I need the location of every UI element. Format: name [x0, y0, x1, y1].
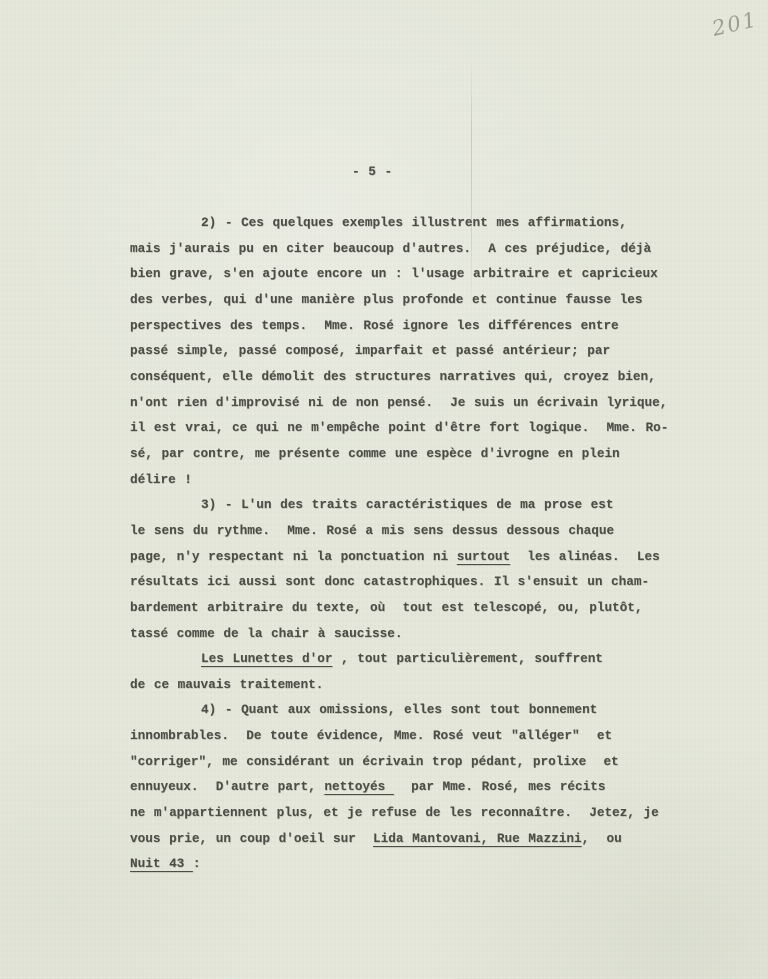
text-segment: ne m'appartiennent plus, et je refuse de… [130, 805, 659, 820]
text-line: délire ! [130, 467, 690, 493]
text-line: résultats ici aussi sont donc catastroph… [130, 569, 690, 595]
text-line: bardement arbitraire du texte, où tout e… [130, 595, 690, 621]
text-line: n'ont rien d'improvisé ni de non pensé. … [130, 390, 690, 416]
text-line: "corriger", me considérant un écrivain t… [130, 749, 690, 775]
text-segment: délire ! [130, 472, 192, 487]
underlined-text: Lida Mantovani, Rue Mazzini [373, 831, 582, 846]
text-segment: perspectives des temps. Mme. Rosé ignore… [130, 318, 619, 333]
text-line: le sens du rythme. Mme. Rosé a mis sens … [130, 518, 690, 544]
underlined-text: Nuit 43 [130, 856, 193, 871]
text-line: ennuyeux. D'autre part, nettoyés par Mme… [130, 774, 690, 800]
text-segment: par Mme. Rosé, mes récits [394, 779, 606, 794]
underlined-text: Les Lunettes d'or [201, 651, 332, 666]
text-line: page, n'y respectant ni la ponctuation n… [130, 544, 690, 570]
text-line: passé simple, passé composé, imparfait e… [130, 338, 690, 364]
text-segment: 4) - Quant aux omissions, elles sont tou… [201, 702, 597, 717]
text-line: ne m'appartiennent plus, et je refuse de… [130, 800, 690, 826]
text-segment: il est vrai, ce qui ne m'empêche point d… [130, 420, 668, 435]
text-segment: conséquent, elle démolit des structures … [130, 369, 656, 384]
typewritten-text-block: 2) - Ces quelques exemples illustrent me… [130, 210, 690, 877]
text-segment: des verbes, qui d'une manière plus profo… [130, 292, 643, 307]
text-segment: page, n'y respectant ni la ponctuation n… [130, 549, 457, 564]
text-line: de ce mauvais traitement. [130, 672, 690, 698]
text-segment: n'ont rien d'improvisé ni de non pensé. … [130, 395, 667, 410]
text-segment: passé simple, passé composé, imparfait e… [130, 343, 610, 358]
text-segment: 3) - L'un des traits caractéristiques de… [201, 497, 614, 512]
text-segment: tassé comme de la chair à saucisse. [130, 626, 402, 641]
text-line: Les Lunettes d'or , tout particulièremen… [130, 646, 690, 672]
text-segment: vous prie, un coup d'oeil sur [130, 831, 373, 846]
text-line: des verbes, qui d'une manière plus profo… [130, 287, 690, 313]
text-line: 2) - Ces quelques exemples illustrent me… [130, 210, 690, 236]
text-line: 4) - Quant aux omissions, elles sont tou… [130, 697, 690, 723]
text-segment: mais j'aurais pu en citer beaucoup d'aut… [130, 241, 651, 256]
text-line: innombrables. De toute évidence, Mme. Ro… [130, 723, 690, 749]
text-line: bien grave, s'en ajoute encore un : l'us… [130, 261, 690, 287]
text-segment: : [193, 856, 201, 871]
text-line: conséquent, elle démolit des structures … [130, 364, 690, 390]
text-segment: ennuyeux. D'autre part, [130, 779, 324, 794]
text-segment: sé, par contre, me présente comme une es… [130, 446, 620, 461]
text-segment: les alinéas. Les [510, 549, 660, 564]
text-line: il est vrai, ce qui ne m'empêche point d… [130, 415, 690, 441]
text-line: 3) - L'un des traits caractéristiques de… [130, 492, 690, 518]
underlined-text: nettoyés [324, 779, 394, 794]
text-segment: bien grave, s'en ajoute encore un : l'us… [130, 266, 658, 281]
text-line: Nuit 43 : [130, 851, 690, 877]
text-segment: de ce mauvais traitement. [130, 677, 323, 692]
text-line: perspectives des temps. Mme. Rosé ignore… [130, 313, 690, 339]
text-segment: "corriger", me considérant un écrivain t… [130, 754, 619, 769]
text-line: tassé comme de la chair à saucisse. [130, 621, 690, 647]
page-number: - 5 - [352, 164, 392, 179]
text-line: mais j'aurais pu en citer beaucoup d'aut… [130, 236, 690, 262]
text-segment: innombrables. De toute évidence, Mme. Ro… [130, 728, 612, 743]
handwritten-folio-number: 201 [710, 7, 760, 41]
text-line: sé, par contre, me présente comme une es… [130, 441, 690, 467]
underlined-text: surtout [457, 549, 510, 564]
text-segment: , ou [582, 831, 622, 846]
text-segment: , tout particulièrement, souffrent [332, 651, 602, 666]
text-segment: 2) - Ces quelques exemples illustrent me… [201, 215, 627, 230]
text-segment: le sens du rythme. Mme. Rosé a mis sens … [130, 523, 614, 538]
text-line: vous prie, un coup d'oeil sur Lida Manto… [130, 826, 690, 852]
scanned-document-page: 201 - 5 - 2) - Ces quelques exemples ill… [0, 0, 768, 979]
text-segment: résultats ici aussi sont donc catastroph… [130, 574, 649, 589]
text-segment: bardement arbitraire du texte, où tout e… [130, 600, 643, 615]
